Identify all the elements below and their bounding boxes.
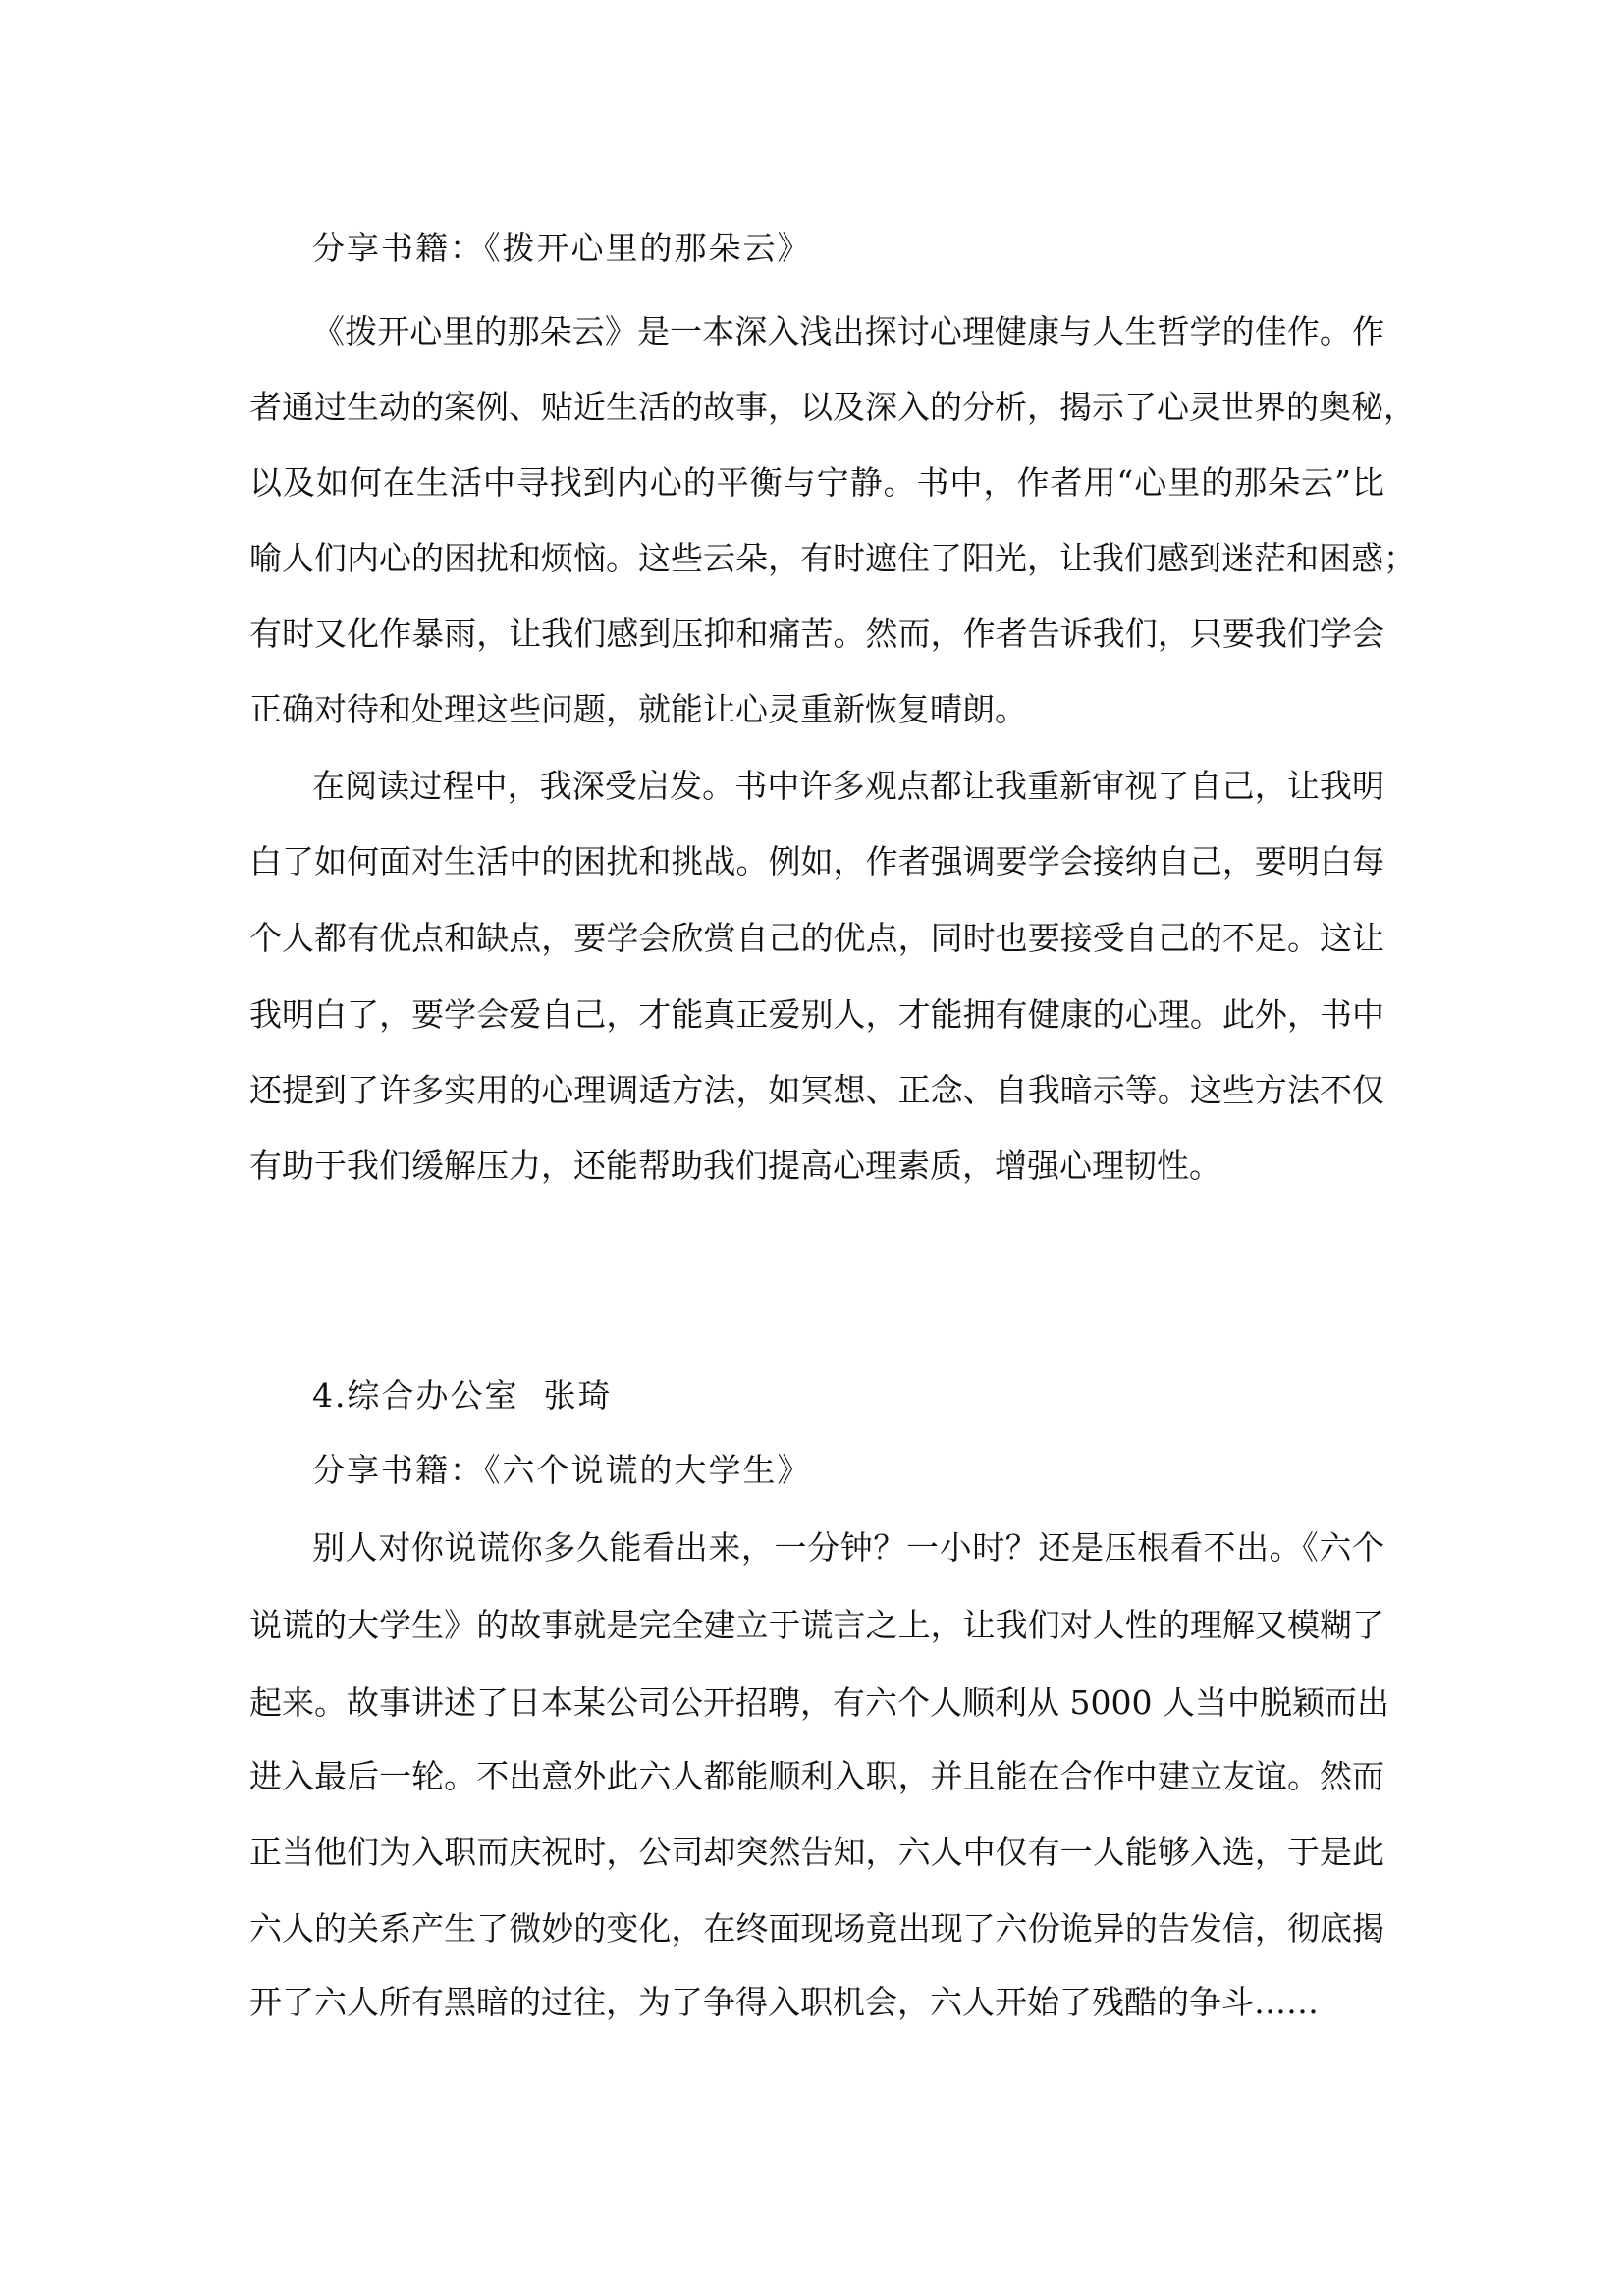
book-title-line: 分享书籍：《六个说谎的大学生》 (312, 1449, 812, 1492)
book-title-line: 分享书籍：《拨开心里的那朵云》 (312, 227, 812, 270)
paragraph-line: 者通过生动的案例、贴近生活的故事，以及深入的分析，揭示了心灵世界的奥秘， (249, 386, 1384, 429)
paragraph-line: 喻人们内心的困扰和烦恼。这些云朵，有时遮住了阳光，让我们感到迷茫和困惑； (249, 537, 1384, 580)
paragraph-line: 个人都有优点和缺点，要学会欣赏自己的优点，同时也要接受自己的不足。这让 (249, 917, 1384, 960)
paragraph-line: 说谎的大学生》的故事就是完全建立于谎言之上，让我们对人性的理解又模糊了 (249, 1604, 1384, 1647)
paragraph-line: 正当他们为入职而庆祝时，公司却突然告知，六人中仅有一人能够入选，于是此 (249, 1831, 1384, 1874)
paragraph-line: 别人对你说谎你多久能看出来，一分钟？一小时？还是压根看不出。《六个 (312, 1526, 1384, 1570)
paragraph-line: 进入最后一轮。不出意外此六人都能顺利入职，并且能在合作中建立友谊。然而 (249, 1755, 1384, 1798)
paragraph-line: 我明白了，要学会爱自己，才能真正爱别人，才能拥有健康的心理。此外，书中 (249, 993, 1384, 1037)
paragraph-line: 《拨开心里的那朵云》是一本深入浅出探讨心理健康与人生哲学的佳作。作 (312, 310, 1384, 353)
paragraph-line: 白了如何面对生活中的困扰和挑战。例如，作者强调要学会接纳自己，要明白每 (249, 840, 1384, 883)
paragraph-line: 六人的关系产生了微妙的变化，在终面现场竟出现了六份诡异的告发信，彻底揭 (249, 1907, 1384, 1950)
document-page: 分享书籍：《拨开心里的那朵云》 《拨开心里的那朵云》是一本深入浅出探讨心理健康与… (0, 0, 1624, 2296)
paragraph-line: 正确对待和处理这些问题，就能让心灵重新恢复晴朗。 (249, 688, 1027, 731)
paragraph-line: 开了六人所有黑暗的过往，为了争得入职机会，六人开始了残酷的争斗…… (249, 1981, 1319, 2024)
paragraph-line: 在阅读过程中，我深受启发。书中许多观点都让我重新审视了自己，让我明 (312, 765, 1384, 808)
paragraph-line: 起来。故事讲述了日本某公司公开招聘，有六个人顺利从 5000 人当中脱颖而出 (249, 1682, 1384, 1725)
presenter-line: 4.综合办公室 张琦 (312, 1374, 612, 1417)
paragraph-line: 以及如何在生活中寻找到内心的平衡与宁静。书中，作者用“心里的那朵云”比 (249, 461, 1384, 505)
paragraph-line: 还提到了许多实用的心理调适方法，如冥想、正念、自我暗示等。这些方法不仅 (249, 1069, 1384, 1112)
paragraph-line: 有时又化作暴雨，让我们感到压抑和痛苦。然而，作者告诉我们，只要我们学会 (249, 613, 1384, 656)
paragraph-line: 有助于我们缓解压力，还能帮助我们提高心理素质，增强心理韧性。 (249, 1145, 1221, 1188)
